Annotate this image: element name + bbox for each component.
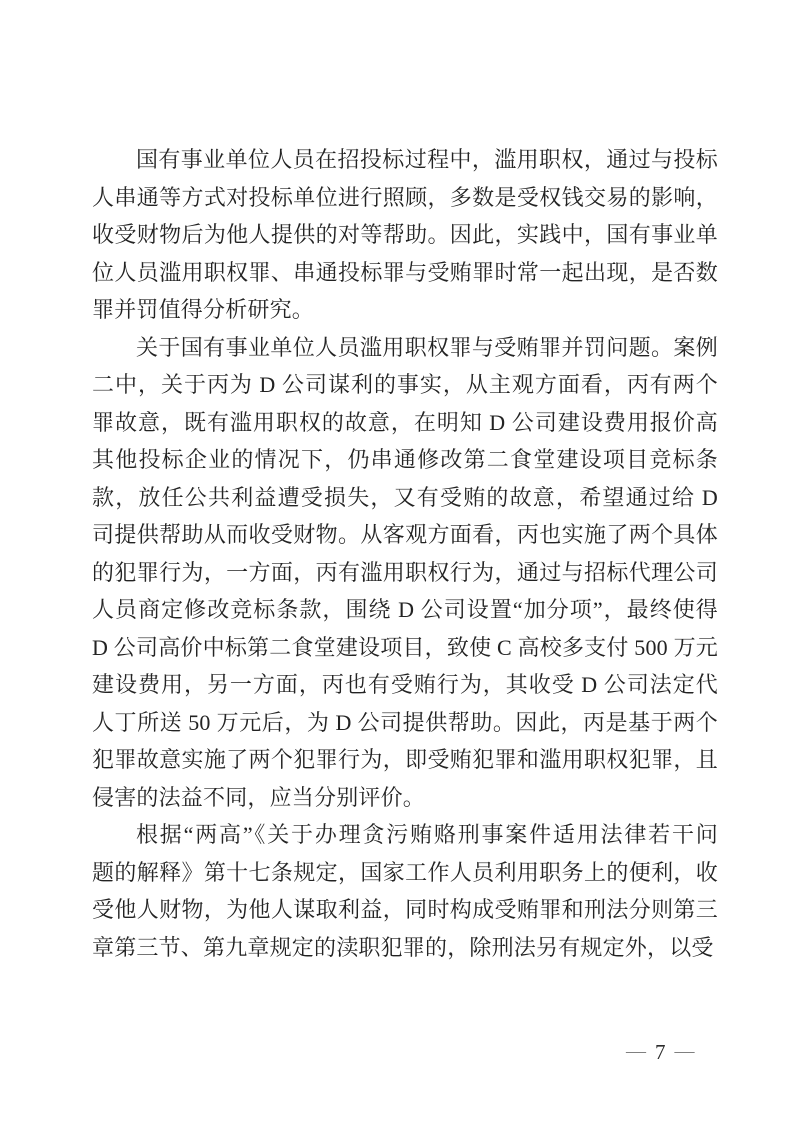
text-line: 罪并罚值得分析研究。 (92, 291, 718, 329)
text-line: 其他投标企业的情况下，仍串通修改第二食堂建设项目竞标条 (92, 441, 718, 479)
text-line: 国有事业单位人员在招投标过程中，滥用职权，通过与投标 (92, 141, 718, 179)
text-line: 人员商定修改竞标条款，围绕 D 公司设置“加分项”，最终使得 (92, 591, 718, 629)
text-line: D 公司高价中标第二食堂建设项目，致使 C 高校多支付 500 万元 (92, 629, 718, 667)
text-line: 收受财物后为他人提供的对等帮助。因此，实践中，国有事业单 (92, 216, 718, 254)
text-line: 罪故意，既有滥用职权的故意，在明知 D 公司建设费用报价高于 (92, 404, 718, 442)
text-line: 位人员滥用职权罪、串通投标罪与受贿罪时常一起出现，是否数 (92, 254, 718, 292)
text-line: 章第三节、第九章规定的渎职犯罪的，除刑法另有规定外，以受 (92, 929, 718, 967)
text-line: 受他人财物，为他人谋取利益，同时构成受贿罪和刑法分则第三 (92, 891, 718, 929)
text-line: 人串通等方式对投标单位进行照顾，多数是受权钱交易的影响， (92, 179, 718, 217)
text-line: 司提供帮助从而收受财物。从客观方面看，丙也实施了两个具体 (92, 516, 718, 554)
text-line: 款，放任公共利益遭受损失，又有受贿的故意，希望通过给 D 公 (92, 479, 718, 517)
paragraph: 关于国有事业单位人员滥用职权罪与受贿罪并罚问题。案例二中，关于丙为 D 公司谋利… (92, 329, 718, 817)
footer-dash-right: — (675, 1039, 695, 1063)
paragraph: 根据“两高”《关于办理贪污贿赂刑事案件适用法律若干问题的解释》第十七条规定，国家… (92, 816, 718, 966)
text-line: 人丁所送 50 万元后，为 D 公司提供帮助。因此，丙是基于两个 (92, 704, 718, 742)
paragraph: 国有事业单位人员在招投标过程中，滥用职权，通过与投标人串通等方式对投标单位进行照… (92, 141, 718, 329)
text-line: 关于国有事业单位人员滥用职权罪与受贿罪并罚问题。案例 (92, 329, 718, 367)
document-body: 国有事业单位人员在招投标过程中，滥用职权，通过与投标人串通等方式对投标单位进行照… (92, 141, 718, 966)
text-line: 根据“两高”《关于办理贪污贿赂刑事案件适用法律若干问 (92, 816, 718, 854)
text-line: 侵害的法益不同，应当分别评价。 (92, 779, 718, 817)
page-number: 7 (655, 1040, 666, 1064)
document-page: 国有事业单位人员在招投标过程中，滥用职权，通过与投标人串通等方式对投标单位进行照… (0, 0, 793, 1122)
text-line: 建设费用，另一方面，丙也有受贿行为，其收受 D 公司法定代表 (92, 666, 718, 704)
text-line: 的犯罪行为，一方面，丙有滥用职权行为，通过与招标代理公司 (92, 554, 718, 592)
text-line: 题的解释》第十七条规定，国家工作人员利用职务上的便利，收 (92, 854, 718, 892)
footer-dash-left: — (626, 1039, 646, 1063)
text-line: 二中，关于丙为 D 公司谋利的事实，从主观方面看，丙有两个犯 (92, 366, 718, 404)
text-line: 犯罪故意实施了两个犯罪行为，即受贿犯罪和滥用职权犯罪，且 (92, 741, 718, 779)
page-footer: — 7 — (626, 1040, 695, 1064)
